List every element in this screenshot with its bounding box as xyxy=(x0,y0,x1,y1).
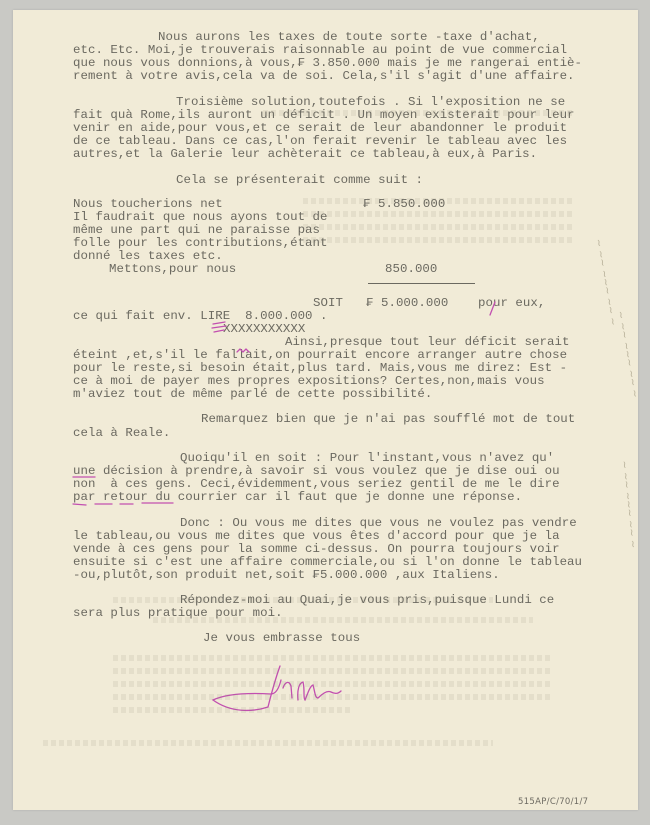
archive-reference: 515AP/C/70/1/7 xyxy=(518,797,588,807)
paper-show-through xyxy=(13,10,638,810)
letter-page: Nous aurons les taxes de toute sorte -ta… xyxy=(13,10,638,810)
